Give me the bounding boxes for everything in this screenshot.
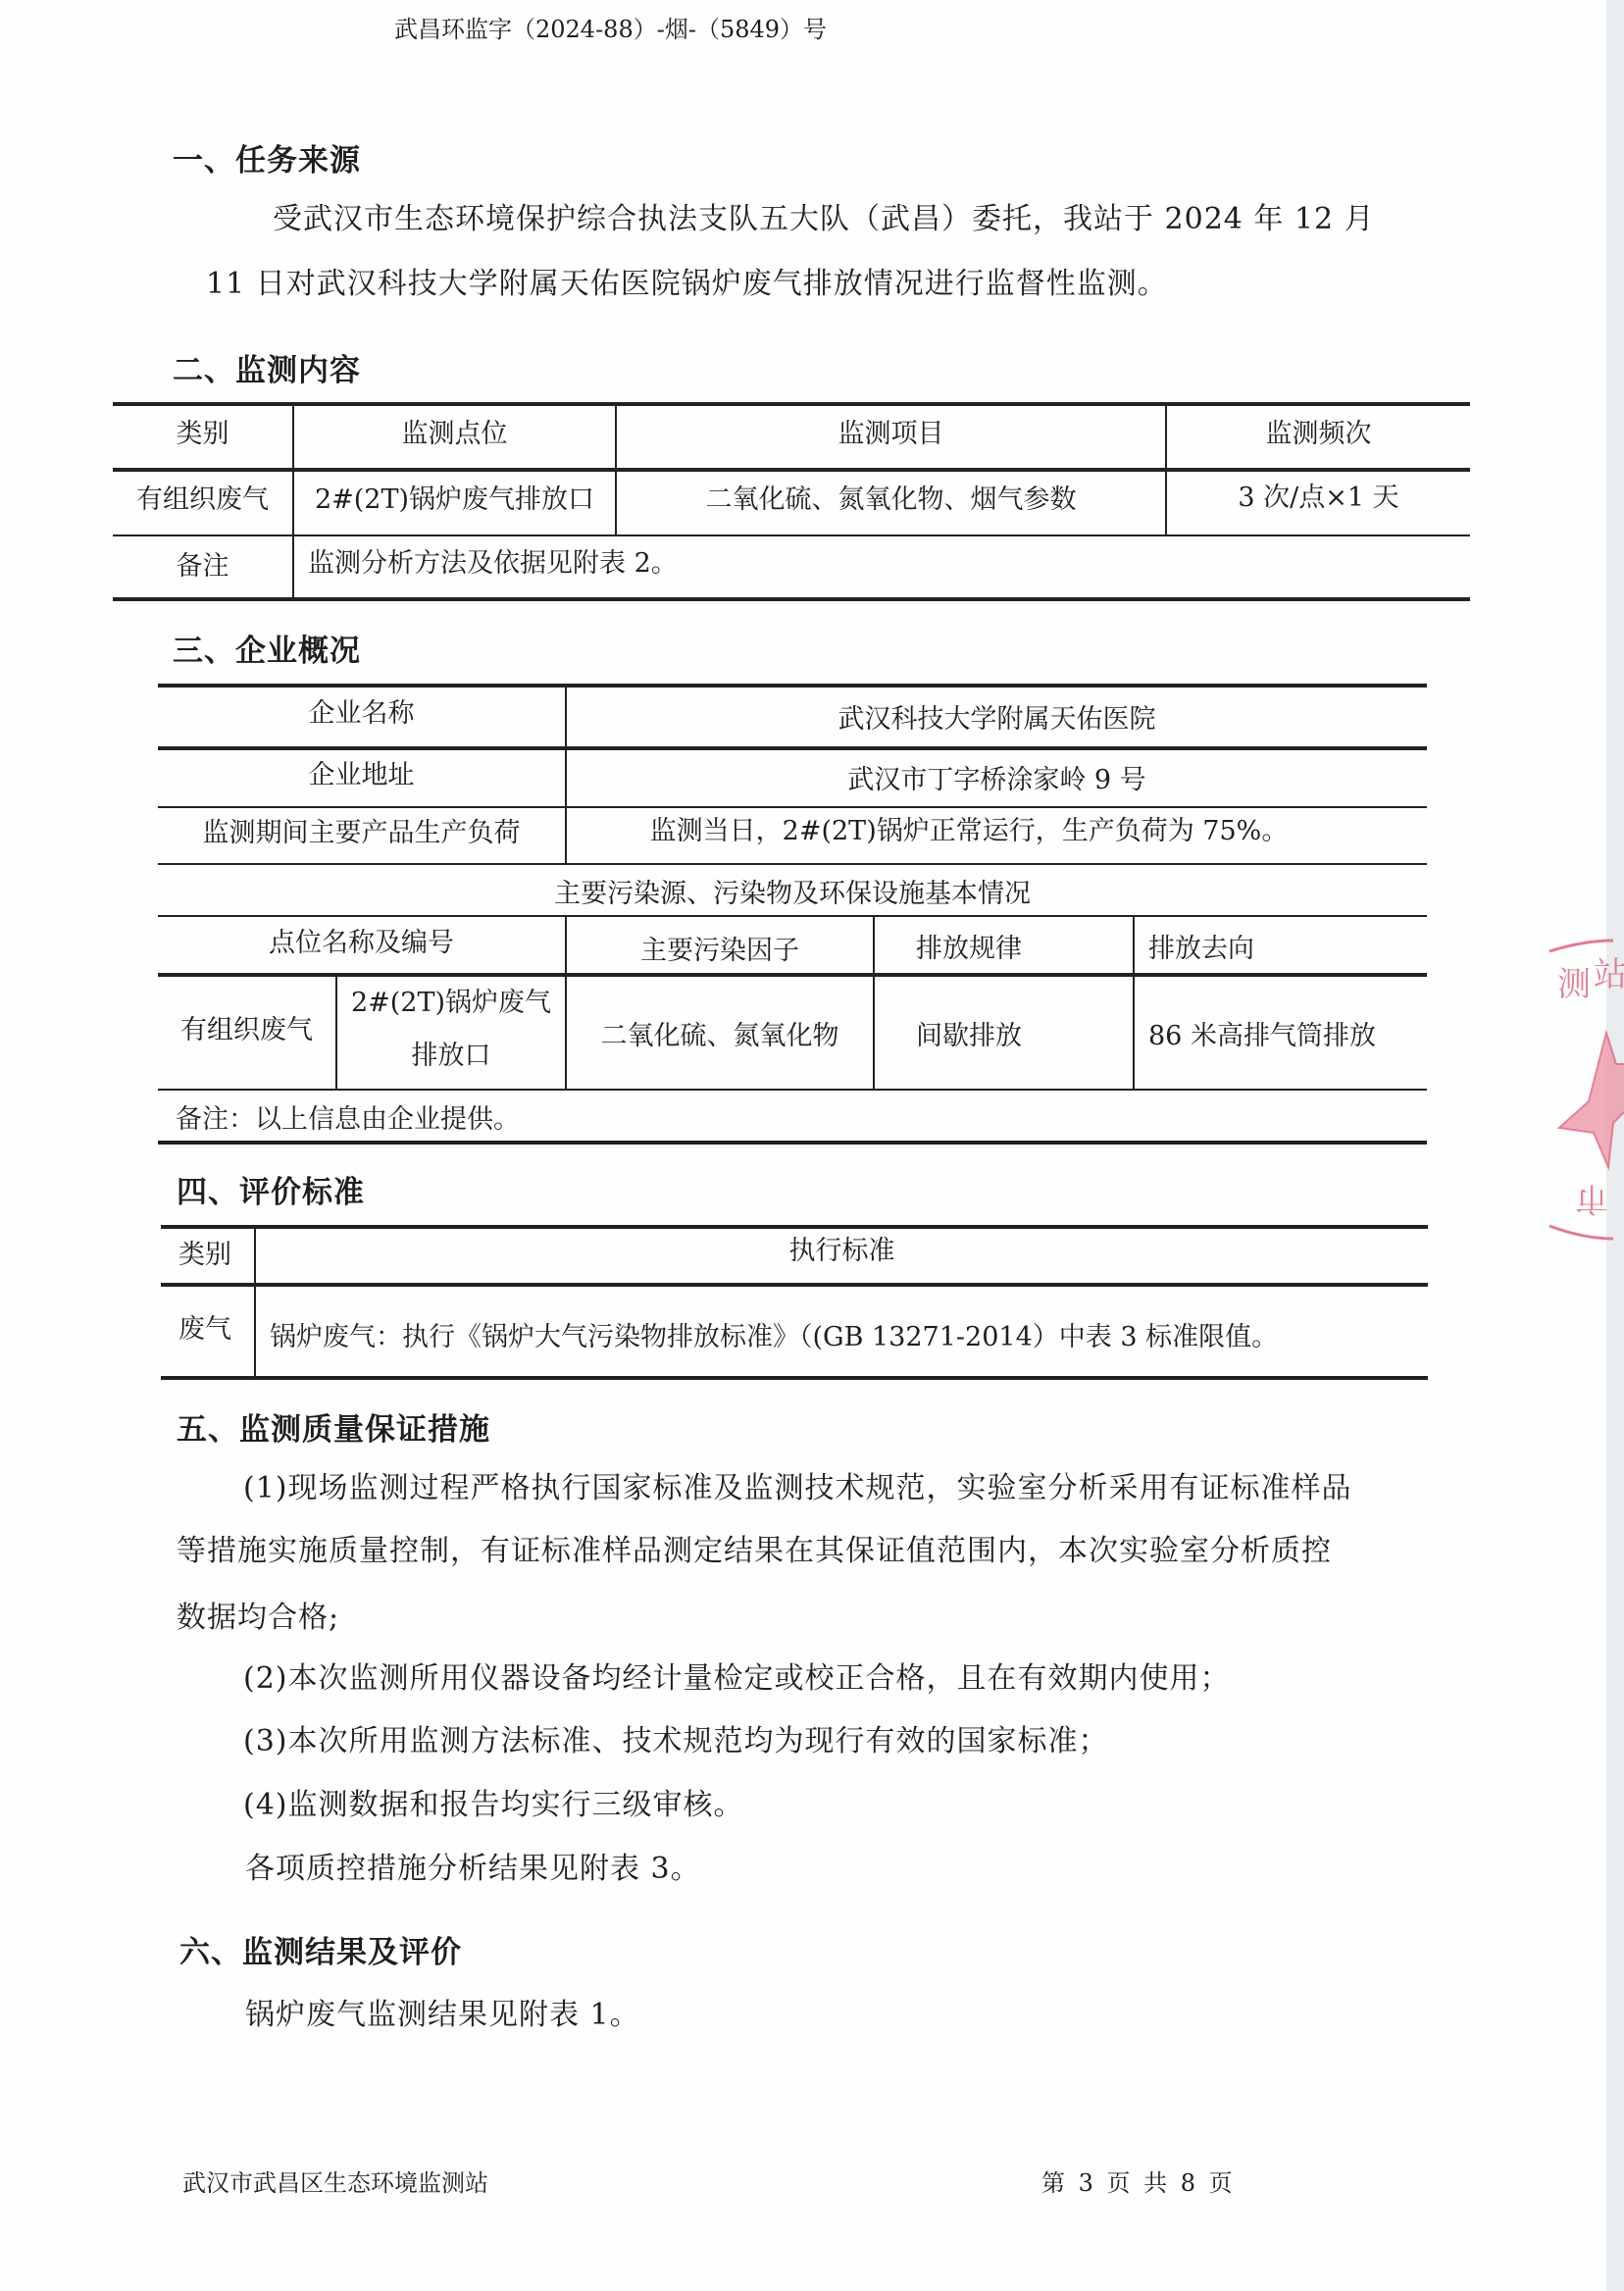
sub-header-point: 点位名称及编号 <box>158 918 565 961</box>
stamp-char: 市 <box>1575 1179 1608 1218</box>
footer-organization: 武汉市武昌区生态环境监测站 <box>182 2164 488 2198</box>
table-rule <box>113 597 1470 601</box>
section4-title: 四、评价标准 <box>177 1167 365 1211</box>
table-rule <box>158 863 1427 865</box>
sub-cell-destination: 86 米高排气筒排放 <box>1135 1008 1427 1057</box>
qa-line-6: (4)监测数据和报告均实行三级审核。 <box>243 1780 744 1823</box>
enterprise-name-value: 武汉科技大学附属天佑医院 <box>567 691 1427 740</box>
section2-title: 二、监测内容 <box>173 345 361 389</box>
section1-para-line1: 受武汉市生态环境保护综合执法支队五大队（武昌）委托，我站于 2024 年 12 … <box>273 194 1375 237</box>
section6-title: 六、监测结果及评价 <box>179 1927 462 1971</box>
footer-page-number: 第 3 页 共 8 页 <box>1041 2164 1236 2198</box>
stamp-star-icon <box>1559 1033 1624 1167</box>
table-rule <box>158 915 1427 917</box>
section1-title: 一、任务来源 <box>173 135 361 179</box>
header-category: 类别 <box>113 406 292 455</box>
qa-line-7: 各项质控措施分析结果见附表 3。 <box>245 1844 701 1887</box>
sub-cell-pattern: 间歇排放 <box>875 1008 1133 1057</box>
sub-header-pattern: 排放规律 <box>875 924 1133 967</box>
header-point: 监测点位 <box>294 406 615 455</box>
standard-header-standard: 执行标准 <box>256 1226 1428 1269</box>
cell-items: 二氧化硫、氮氧化物、烟气参数 <box>617 472 1165 521</box>
document-page: 武昌环监字（2024-88）-烟-（5849）号 一、任务来源 受武汉市生态环境… <box>0 0 1606 2291</box>
remark-label: 备注 <box>113 538 292 587</box>
qa-line-4: (2)本次监测所用仪器设备均经计量检定或校正合格，且在有效期内使用； <box>243 1654 1231 1697</box>
sub-cell-pollutants: 二氧化硫、氮氧化物 <box>567 1008 873 1057</box>
table-rule <box>158 1141 1427 1145</box>
standard-header-category: 类别 <box>161 1230 254 1273</box>
sub-cell-point-line1: 2#(2T)锅炉废气 <box>337 975 565 1024</box>
section1-para-line2: 11 日对武汉科技大学附属天佑医院锅炉废气排放情况进行监督性监测。 <box>206 259 1168 302</box>
sub-cell-point-line2: 排放口 <box>337 1028 565 1077</box>
pollution-subtitle: 主要污染源、污染物及环保设施基本情况 <box>158 869 1427 912</box>
production-load-value: 监测当日，2#(2T)锅炉正常运行，生产负荷为 75%。 <box>567 806 1371 849</box>
table-rule <box>161 1376 1428 1380</box>
cell-point: 2#(2T)锅炉废气排放口 <box>294 472 615 521</box>
standard-cell-standard: 锅炉废气：执行《锅炉大气污染物排放标准》（(GB 13271-2014）中表 3… <box>256 1312 1428 1355</box>
enterprise-name-label: 企业名称 <box>158 688 565 732</box>
stamp-char: 站 <box>1594 955 1624 994</box>
qa-line-3: 数据均合格; <box>177 1593 339 1636</box>
table-rule <box>158 1089 1427 1091</box>
enterprise-address-value: 武汉市丁字桥涂家岭 9 号 <box>567 752 1427 801</box>
production-load-label: 监测期间主要产品生产负荷 <box>158 808 565 851</box>
sub-header-pollutants: 主要污染因子 <box>567 924 873 971</box>
cell-frequency: 3 次/点×1 天 <box>1167 472 1470 517</box>
qa-line-5: (3)本次所用监测方法标准、技术规范均为现行有效的国家标准； <box>243 1716 1109 1759</box>
header-items: 监测项目 <box>617 406 1165 455</box>
remark-value: 监测分析方法及依据见附表 2。 <box>294 538 883 582</box>
enterprise-remark: 备注：以上信息由企业提供。 <box>158 1095 844 1138</box>
stamp-char: 测 <box>1557 965 1591 1004</box>
section6-text: 锅炉废气监测结果见附表 1。 <box>245 1990 640 2033</box>
table-rule <box>158 684 1427 687</box>
document-number: 武昌环监字（2024-88）-烟-（5849）号 <box>394 10 827 44</box>
section5-title: 五、监测质量保证措施 <box>177 1404 490 1449</box>
official-seal-stamp: 测 站 市 <box>1540 927 1624 1250</box>
qa-line-2: 等措施实施质量控制，有证标准样品测定结果在其保证值范围内，本次实验室分析质控 <box>177 1526 1332 1569</box>
header-frequency: 监测频次 <box>1167 406 1470 455</box>
table-rule <box>161 1283 1428 1287</box>
enterprise-address-label: 企业地址 <box>158 750 565 793</box>
sub-header-destination: 排放去向 <box>1135 924 1427 967</box>
standard-cell-category: 废气 <box>161 1304 254 1348</box>
cell-category: 有组织废气 <box>113 472 292 521</box>
table-rule <box>113 535 1470 536</box>
sub-cell-category: 有组织废气 <box>158 1002 335 1051</box>
section3-title: 三、企业概况 <box>173 626 361 670</box>
qa-line-1: (1)现场监测过程严格执行国家标准及监测技术规范，实验室分析采用有证标准样品 <box>243 1463 1352 1506</box>
